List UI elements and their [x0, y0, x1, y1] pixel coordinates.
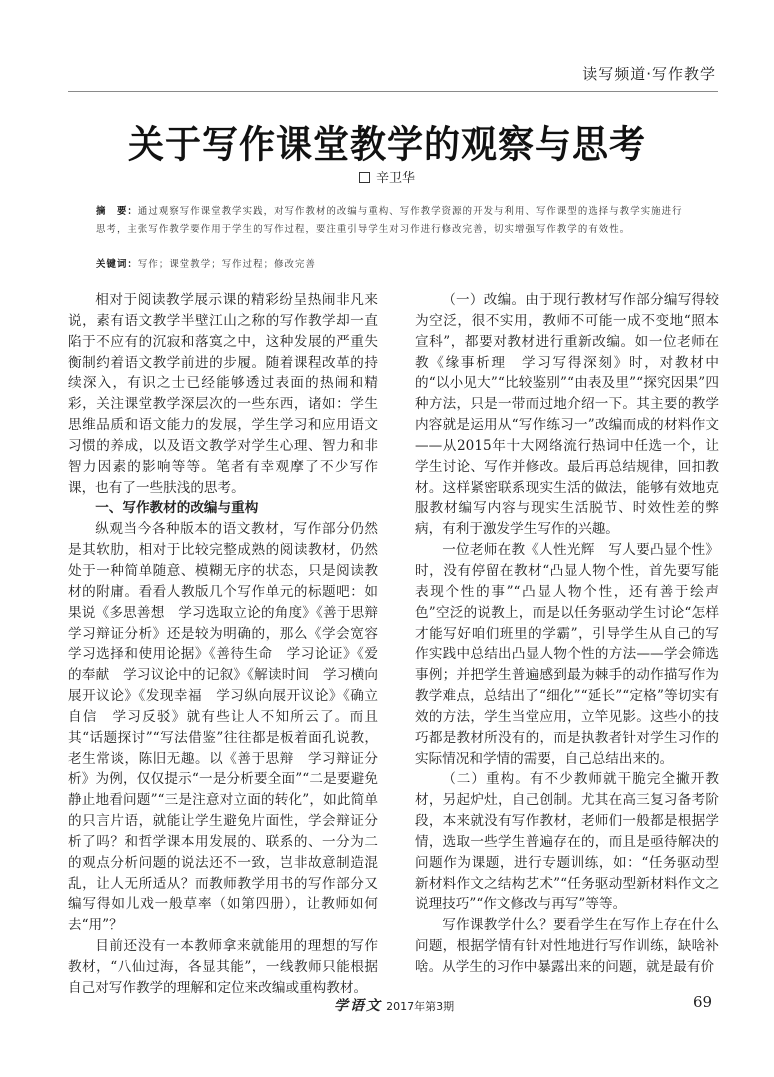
journal-name: 学语文: [334, 998, 382, 1014]
right-column: （一）改编。由于现行教材写作部分编写得较为空泛，很不实用，教师不可能一成不变地“…: [415, 290, 719, 978]
paragraph: 目前还没有一本教师拿来就能用的理想的写作教材，“八仙过海，各显其能”，一线教师只…: [68, 936, 378, 999]
paragraph: （一）改编。由于现行教材写作部分编写得较为空泛，很不实用，教师不可能一成不变地“…: [415, 290, 719, 540]
journal-issue: 2017年第3期: [386, 1000, 454, 1013]
left-column: 相对于阅读教学展示课的精彩纷呈热闹非凡来说，素有语文教学半壁江山之称的写作教学却…: [68, 290, 378, 999]
page-number: 69: [693, 993, 712, 1011]
keywords: 关键词：写作；课堂教学；写作过程；修改完善: [96, 256, 684, 273]
paragraph: 一位老师在教《人性光辉 写人要凸显个性》时，没有停留在教材“凸显人物个性，首先要…: [415, 540, 719, 769]
abstract: 摘 要：通过观察写作课堂教学实践，对写作教材的改编与重构、写作教学资源的开发与利…: [96, 203, 684, 238]
paragraph: 纵观当今各种版本的语文教材，写作部分仍然是其软肋，相对于比较完整成熟的阅读教材，…: [68, 519, 378, 936]
abstract-text: 通过观察写作课堂教学实践，对写作教材的改编与重构、写作教学资源的开发与利用、写作…: [96, 206, 683, 235]
keywords-text: 写作；课堂教学；写作过程；修改完善: [138, 259, 316, 270]
keywords-label: 关键词：: [96, 259, 138, 270]
article-title: 关于写作课堂教学的观察与思考: [0, 116, 774, 170]
paragraph: （二）重构。有不少教师就干脆完全撇开教材，另起炉灶，自己创制。尤其在高三复习备考…: [415, 769, 719, 915]
author-name: 辛卫华: [376, 171, 415, 186]
paragraph: 写作课教学什么？要看学生在写作上存在什么问题，根据学情有针对性地进行写作训练，缺…: [415, 915, 719, 978]
section-heading: 一、写作教材的改编与重构: [68, 498, 378, 519]
author-box-icon: [359, 172, 370, 183]
abstract-label: 摘 要：: [96, 206, 138, 217]
author-line: 辛卫华: [0, 167, 774, 186]
section-label: 读写频道·写作教学: [582, 63, 716, 84]
journal-footer: 学语文 2017年第3期: [334, 995, 454, 1015]
header-divider: [68, 91, 718, 92]
paragraph: 相对于阅读教学展示课的精彩纷呈热闹非凡来说，素有语文教学半壁江山之称的写作教学却…: [68, 290, 378, 498]
